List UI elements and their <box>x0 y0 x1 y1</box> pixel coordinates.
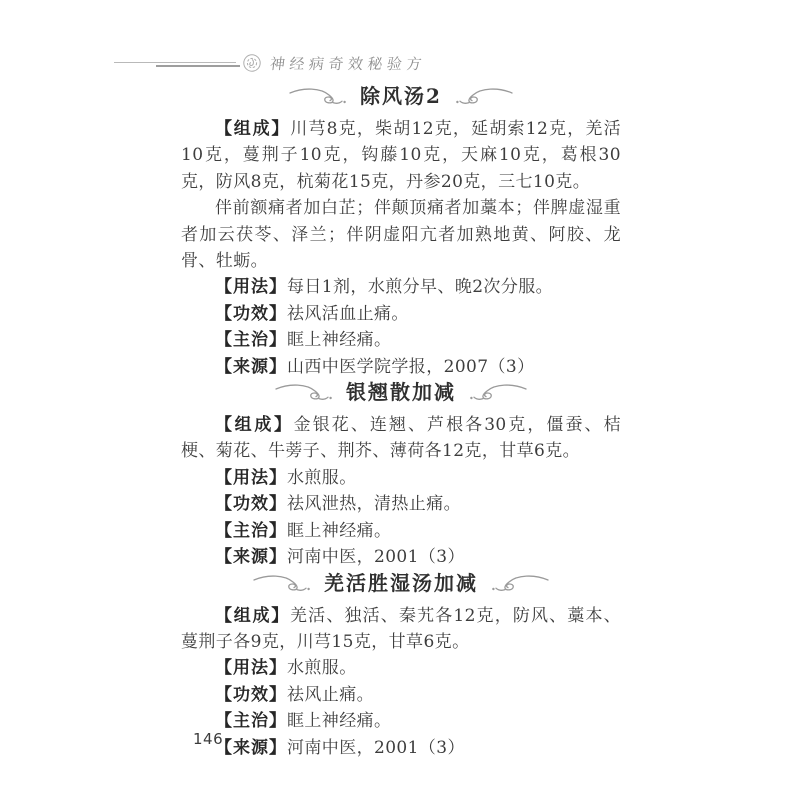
flower-ornament-icon <box>242 53 262 73</box>
entry-label: 【主治】 <box>215 711 287 731</box>
scroll-ornament-right-icon <box>456 87 514 105</box>
entry-text: 眶上神经痛。 <box>287 711 391 731</box>
book-page: 神经病奇效秘验方 除风汤2 <box>0 0 800 800</box>
entry-text: 伴前额痛者加白芷；伴颠顶痛者加藁本；伴脾虚湿重者加云茯苓、泽兰；伴阴虚阳亢者加熟… <box>181 198 621 271</box>
entry-label: 【组成】 <box>215 119 290 139</box>
entry-label: 【来源】 <box>215 738 287 758</box>
scroll-ornament-left-icon <box>288 87 346 105</box>
section-title: 除风汤2 <box>360 84 442 108</box>
entry-text: 河南中医，2001（3） <box>287 547 465 567</box>
entry-text: 水煎服。 <box>287 468 357 488</box>
entry-label: 【用法】 <box>215 658 287 678</box>
recipe-entry: 【功效】祛风止痛。 <box>181 682 621 708</box>
recipe-section: 银翘散加减 【组成】金银花、连翘、芦根各30克，僵蚕、桔梗、菊花、牛蒡子、荆芥、… <box>181 380 621 570</box>
recipe-entry: 【功效】祛风泄热，清热止痛。 <box>181 491 621 517</box>
entry-text: 每日1剂，水煎分早、晚2次分服。 <box>287 277 553 297</box>
entry-label: 【主治】 <box>215 521 287 541</box>
recipe-entry: 【组成】川芎8克，柴胡12克，延胡索12克，羌活10克，蔓荆子10克，钩藤10克… <box>181 116 621 195</box>
page-header: 神经病奇效秘验方 <box>114 52 426 74</box>
recipe-entry: 【主治】眶上神经痛。 <box>181 518 621 544</box>
entry-text: 河南中医，2001（3） <box>287 738 465 758</box>
scroll-ornament-left-icon <box>274 383 332 401</box>
recipe-entry: 【来源】河南中医，2001（3） <box>181 735 621 761</box>
section-title: 银翘散加减 <box>346 380 456 404</box>
book-title: 神经病奇效秘验方 <box>269 53 428 74</box>
recipe-entry: 【来源】山西中医学院学报，2007（3） <box>181 354 621 380</box>
scroll-ornament-right-icon <box>492 574 550 592</box>
scroll-ornament-left-icon <box>252 574 310 592</box>
recipe-entry: 【功效】祛风活血止痛。 <box>181 301 621 327</box>
recipe-entry: 【用法】每日1剂，水煎分早、晚2次分服。 <box>181 274 621 300</box>
recipe-entry: 伴前额痛者加白芷；伴颠顶痛者加藁本；伴脾虚湿重者加云茯苓、泽兰；伴阴虚阳亢者加熟… <box>181 195 621 274</box>
entry-text: 眶上神经痛。 <box>287 330 391 350</box>
recipe-entry: 【用法】水煎服。 <box>181 655 621 681</box>
page-number: 146 <box>193 730 223 748</box>
entry-text: 眶上神经痛。 <box>287 521 391 541</box>
entry-label: 【主治】 <box>215 330 287 350</box>
entry-text: 祛风泄热，清热止痛。 <box>287 494 461 514</box>
entry-label: 【组成】 <box>215 606 290 626</box>
recipe-section: 除风汤2 【组成】川芎8克，柴胡12克，延胡索12克，羌活10克，蔓荆子10克，… <box>181 84 621 380</box>
header-divider-line <box>114 56 240 70</box>
entry-text: 祛风止痛。 <box>287 685 374 705</box>
recipe-entry: 【主治】眶上神经痛。 <box>181 708 621 734</box>
entry-label: 【功效】 <box>215 494 287 514</box>
section-title-row: 除风汤2 <box>181 84 621 108</box>
entry-label: 【用法】 <box>215 277 287 297</box>
recipe-entry: 【组成】金银花、连翘、芦根各30克，僵蚕、桔梗、菊花、牛蒡子、荆芥、薄荷各12克… <box>181 412 621 465</box>
entry-text: 山西中医学院学报，2007（3） <box>287 357 534 377</box>
section-title: 羌活胜湿汤加减 <box>324 571 478 595</box>
entry-label: 【来源】 <box>215 547 287 567</box>
entry-label: 【功效】 <box>215 304 287 324</box>
recipe-entry: 【来源】河南中医，2001（3） <box>181 544 621 570</box>
page-content: 除风汤2 【组成】川芎8克，柴胡12克，延胡索12克，羌活10克，蔓荆子10克，… <box>181 84 621 761</box>
recipe-entry: 【组成】羌活、独活、秦艽各12克，防风、藁本、蔓荆子各9克，川芎15克，甘草6克… <box>181 603 621 656</box>
entry-label: 【功效】 <box>215 685 287 705</box>
recipe-entry: 【用法】水煎服。 <box>181 465 621 491</box>
entry-label: 【组成】 <box>215 415 294 435</box>
section-title-row: 羌活胜湿汤加减 <box>181 571 621 595</box>
entry-text: 祛风活血止痛。 <box>287 304 409 324</box>
entry-text: 水煎服。 <box>287 658 357 678</box>
section-title-row: 银翘散加减 <box>181 380 621 404</box>
entry-label: 【来源】 <box>215 357 287 377</box>
entry-label: 【用法】 <box>215 468 287 488</box>
recipe-entry: 【主治】眶上神经痛。 <box>181 327 621 353</box>
scroll-ornament-right-icon <box>470 383 528 401</box>
recipe-section: 羌活胜湿汤加减 【组成】羌活、独活、秦艽各12克，防风、藁本、蔓荆子各9克，川芎… <box>181 571 621 761</box>
